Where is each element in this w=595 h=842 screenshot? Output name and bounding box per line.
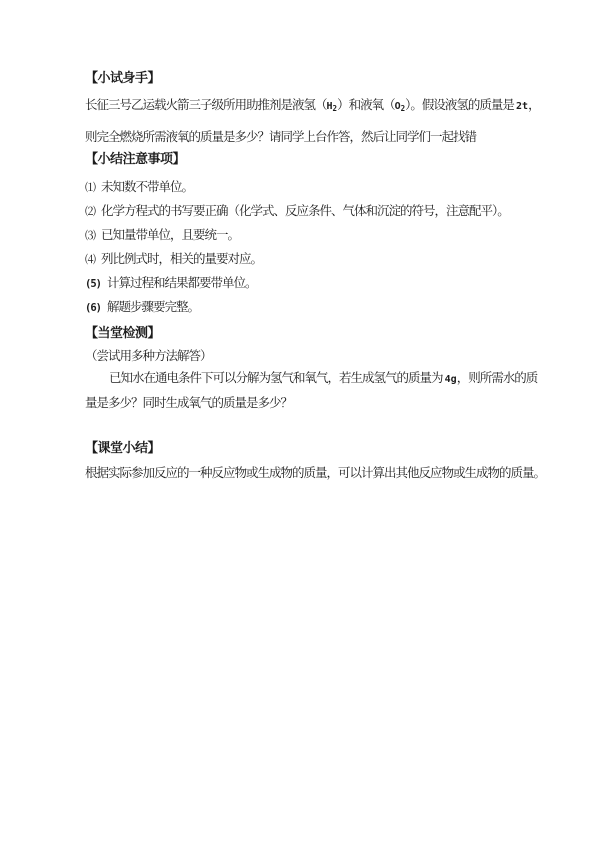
list-item: ⑶已知量带单位，且要统一。 [85, 227, 517, 244]
text-segment: 已知水在通电条件下可以分解为氢气和氧气，若生成氢气的质量为 [109, 371, 445, 385]
list-item: ⑷列比例式时，相关的量要对应。 [85, 251, 517, 268]
list-marker: ⑷ [85, 252, 95, 268]
paragraph-line: 已知水在通电条件下可以分解为氢气和氧气，若生成氢气的质量为 4g，则所需水的质 [85, 370, 517, 388]
list-item-text: 列比例式时，相关的量要对应。 [101, 252, 262, 266]
heading-summary: 【课堂小结】 [85, 440, 517, 456]
text-segment: ， [528, 98, 540, 112]
quiz-hint: （尝试用多种方法解答） [85, 348, 517, 364]
summary-text: 根据实际参加反应的一种反应物或生成物的质量，可以计算出其他反应物或生成物的质量。 [85, 465, 517, 481]
paragraph-line: 量是多少？同时生成氧气的质量是多少？ [85, 395, 517, 411]
list-item-text: 计算过程和结果都要带单位。 [107, 276, 257, 290]
text-segment: ）。假设液氢的质量是 [405, 98, 516, 112]
heading-try-hand: 【小试身手】 [85, 70, 517, 86]
mass-value: 2t [516, 101, 528, 112]
heading-quiz: 【当堂检测】 [85, 325, 517, 341]
list-marker: (6) [85, 300, 101, 316]
list-item: ⑴未知数不带单位。 [85, 179, 517, 196]
text-segment: ，则所需水的质 [457, 371, 538, 385]
list-marker: ⑶ [85, 228, 95, 244]
paragraph-line: 长征三号乙运载火箭三子级所用助推剂是液氢（H2）和液氧（O2）。假设液氢的质量是… [85, 97, 517, 117]
list-item-text: 已知量带单位，且要统一。 [101, 228, 239, 242]
list-item: (5)计算过程和结果都要带单位。 [85, 275, 517, 292]
document-page: 【小试身手】 长征三号乙运载火箭三子级所用助推剂是液氢（H2）和液氧（O2）。假… [0, 0, 595, 842]
list-marker: ⑴ [85, 180, 95, 196]
list-marker: ⑵ [85, 204, 95, 220]
text-segment: ）和液氧（ [337, 98, 395, 112]
heading-notes: 【小结注意事项】 [85, 151, 517, 167]
list-item-text: 未知数不带单位。 [101, 180, 193, 194]
list-item-text: 解题步骤要完整。 [107, 300, 199, 314]
list-item: (6)解题步骤要完整。 [85, 299, 517, 316]
list-item: ⑵化学方程式的书写要正确（化学式、反应条件、气体和沉淀的符号，注意配平）。 [85, 203, 517, 220]
list-marker: (5) [85, 276, 101, 292]
mass-value: 4g [445, 374, 457, 385]
paragraph-line: 则完全燃烧所需液氧的质量是多少？请同学上台作答，然后让同学们一起找错 [85, 129, 517, 145]
list-item-text: 化学方程式的书写要正确（化学式、反应条件、气体和沉淀的符号，注意配平）。 [101, 204, 509, 218]
text-segment: 长征三号乙运载火箭三子级所用助推剂是液氢（ [85, 98, 327, 112]
